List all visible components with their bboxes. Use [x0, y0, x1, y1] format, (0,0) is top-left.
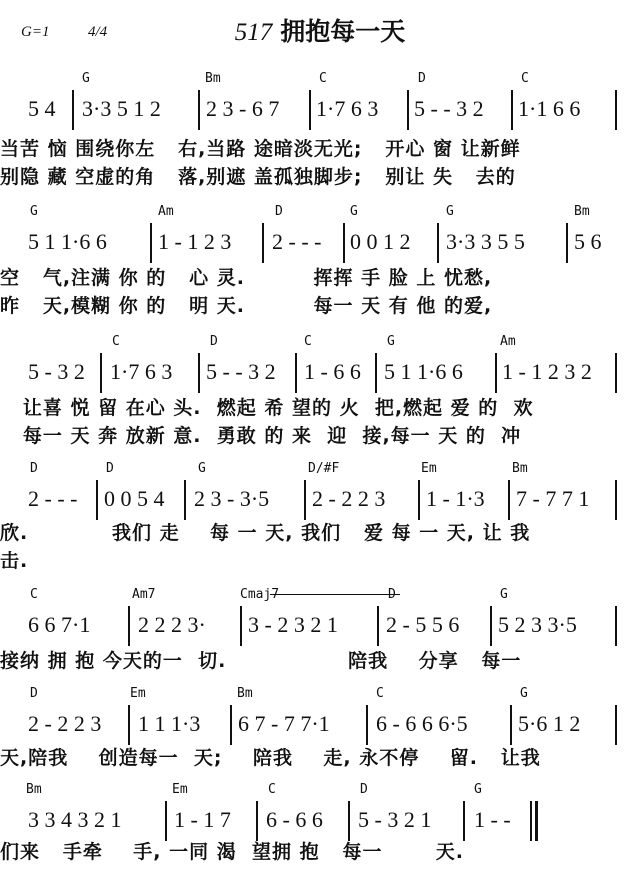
barline	[437, 223, 439, 263]
chord: Em	[421, 462, 437, 476]
measure: 0 0 5 4	[104, 482, 165, 516]
measure: 1 1 1·3	[138, 707, 200, 741]
barline	[463, 801, 465, 841]
chord: Bm	[205, 72, 221, 86]
barline	[615, 90, 617, 130]
barline	[377, 606, 379, 646]
notes-row: 2 - - - 0 0 5 4 2 3 - 3·5 2 - 2 2 3 1 - …	[0, 482, 640, 516]
measure: 1·1 6 6	[518, 92, 580, 126]
lyric-verse-1: 让喜 悦 留 在心 头. 燃起 希 望的 火 把,燃起 爱 的 欢	[0, 393, 534, 420]
lyric-verse-1: 们来 手牵 手, 一同 渴 望拥 抱 每一 天.	[0, 837, 464, 864]
barline	[72, 90, 74, 130]
system-6: D Em Bm C G 2 - 2 2 3 1 1 1·3 6 7 - 7 7·…	[0, 687, 640, 767]
measure: 1·7 6 3	[316, 92, 378, 126]
lyric-verse-2: 每一 天 奔 放新 意. 勇敢 的 来 迎 接,每一 天 的 冲	[0, 421, 521, 448]
measure: 5 4	[28, 92, 56, 126]
measure: 1·7 6 3	[110, 355, 172, 389]
system-2: G Am D G G Bm 5 1 1·6 6 1 - 1 2 3 2 - - …	[0, 205, 640, 315]
measure: 2 3 - 3·5	[194, 482, 269, 516]
chord: G	[500, 588, 508, 602]
barline	[615, 480, 617, 520]
barline	[150, 223, 152, 263]
chord: C	[376, 687, 384, 701]
chord: G	[350, 205, 358, 219]
song-title: 517拥抱每一天	[0, 12, 640, 48]
chord: Bm	[237, 687, 253, 701]
chord: G	[82, 72, 90, 86]
measure: 5 1 1·6 6	[384, 355, 463, 389]
measure: 2 3 - 6 7	[206, 92, 279, 126]
measure: 6 6 7·1	[28, 608, 90, 642]
barline	[615, 606, 617, 646]
sheet-header: G=1 4/4 517拥抱每一天	[0, 0, 640, 50]
barline	[490, 606, 492, 646]
chord: C	[521, 72, 529, 86]
measure: 5 2 3 3·5	[498, 608, 577, 642]
chord: Am	[500, 335, 516, 349]
measure: 2 - - -	[28, 482, 77, 516]
measure: 6 - 6 6 6·5	[376, 707, 468, 741]
chord: Bm	[26, 783, 42, 797]
measure: 7 - 7 7 1	[516, 482, 589, 516]
chord: D	[388, 588, 396, 602]
barline	[508, 480, 510, 520]
barline	[343, 223, 345, 263]
chord: D	[210, 335, 218, 349]
notes-row: 3 3 4 3 2 1 1 - 1 7 6 - 6 6 5 - 3 2 1 1 …	[0, 803, 640, 837]
system-5: C Am7 Cmaj7 D G 6 6 7·1 2 2 2 3· 3 - 2 3…	[0, 588, 640, 668]
lyric-verse-2: 击.	[0, 546, 28, 573]
barline	[230, 705, 232, 745]
barline	[510, 705, 512, 745]
chord: Bm	[574, 205, 590, 219]
measure: 3 - 2 3 2 1	[248, 608, 338, 642]
measure: 3 3 4 3 2 1	[28, 803, 122, 837]
chord: C	[319, 72, 327, 86]
measure: 5 - - 3 2	[206, 355, 276, 389]
system-4: D D G D/#F Em Bm 2 - - - 0 0 5 4 2 3 - 3…	[0, 462, 640, 572]
barline	[128, 705, 130, 745]
lyric-verse-1: 欣. 我们 走 每 一 天, 我们 爱 每 一 天, 让 我	[0, 518, 530, 545]
measure: 5 6	[574, 225, 602, 259]
barline	[240, 606, 242, 646]
chord: D	[418, 72, 426, 86]
chord: Em	[172, 783, 188, 797]
barline	[295, 353, 297, 393]
measure: 1 - -	[474, 803, 511, 837]
measure: 5·6 1 2	[518, 707, 580, 741]
final-barline	[530, 801, 538, 841]
barline	[348, 801, 350, 841]
measure: 2 - 2 2 3	[28, 707, 101, 741]
chord: G	[387, 335, 395, 349]
barline	[495, 353, 497, 393]
tie-line	[270, 594, 400, 595]
measure: 2 - 2 2 3	[312, 482, 385, 516]
lyric-verse-2: 别隐 藏 空虚的角 落,别遮 盖孤独脚步; 别让 失 去的	[0, 162, 516, 189]
measure: 6 - 6 6	[266, 803, 323, 837]
barline	[407, 90, 409, 130]
chord: Am	[158, 205, 174, 219]
measure: 5 1 1·6 6	[28, 225, 107, 259]
chord: D	[275, 205, 283, 219]
measure: 0 0 1 2	[350, 225, 411, 259]
chord: D	[106, 462, 114, 476]
notes-row: 2 - 2 2 3 1 1 1·3 6 7 - 7 7·1 6 - 6 6 6·…	[0, 707, 640, 741]
barline	[615, 353, 617, 393]
barline	[256, 801, 258, 841]
barline	[511, 90, 513, 130]
measure: 2 - 5 5 6	[386, 608, 459, 642]
chord: G	[520, 687, 528, 701]
measure: 3·3 5 1 2	[82, 92, 161, 126]
chord: C	[268, 783, 276, 797]
measure: 1 - 1·3	[426, 482, 485, 516]
chord: D	[30, 687, 38, 701]
chord: C	[112, 335, 120, 349]
song-title-text: 拥抱每一天	[280, 17, 405, 46]
barline	[615, 705, 617, 745]
lyric-verse-2: 昨 天,模糊 你 的 明 天. 每一 天 有 他 的爱,	[0, 291, 492, 318]
system-3: C D C G Am 5 - 3 2 1·7 6 3 5 - - 3 2 1 -…	[0, 335, 640, 445]
barline	[128, 606, 130, 646]
measure: 5 - 3 2 1	[358, 803, 431, 837]
barline	[304, 480, 306, 520]
barline	[366, 705, 368, 745]
measure: 5 - - 3 2	[414, 92, 484, 126]
chord: Bm	[512, 462, 528, 476]
chord: D	[30, 462, 38, 476]
chord: Em	[130, 687, 146, 701]
measure: 3·3 3 5 5	[446, 225, 525, 259]
lyric-verse-1: 天,陪我 创造每一 天; 陪我 走, 永不停 留. 让我	[0, 743, 541, 770]
chord: G	[198, 462, 206, 476]
chord: G	[30, 205, 38, 219]
measure: 1 - 6 6	[304, 355, 361, 389]
barline	[198, 90, 200, 130]
chord: Cmaj7	[240, 588, 279, 602]
measure: 1 - 1 7	[174, 803, 231, 837]
notes-row: 5 1 1·6 6 1 - 1 2 3 2 - - - 0 0 1 2 3·3 …	[0, 225, 640, 259]
barline	[100, 353, 102, 393]
chord: C	[304, 335, 312, 349]
chord: D/#F	[308, 462, 339, 476]
barline	[165, 801, 167, 841]
notes-row: 6 6 7·1 2 2 2 3· 3 - 2 3 2 1 2 - 5 5 6 5…	[0, 608, 640, 642]
system-7: Bm Em C D G 3 3 4 3 2 1 1 - 1 7 6 - 6 6 …	[0, 783, 640, 868]
song-number: 517	[235, 19, 273, 46]
lyric-verse-1: 接纳 拥 抱 今天的一 切. 陪我 分享 每一	[0, 646, 521, 673]
measure: 2 - - -	[272, 225, 321, 259]
lyric-verse-1: 空 气,注满 你 的 心 灵. 挥挥 手 脸 上 忧愁,	[0, 263, 492, 290]
chord: G	[446, 205, 454, 219]
lyric-verse-1: 当苦 恼 围绕你左 右,当路 途暗淡无光; 开心 窗 让新鲜	[0, 134, 521, 161]
barline	[375, 353, 377, 393]
barline	[96, 480, 98, 520]
barline	[184, 480, 186, 520]
notes-row: 5 4 3·3 5 1 2 2 3 - 6 7 1·7 6 3 5 - - 3 …	[0, 92, 640, 126]
barline	[566, 223, 568, 263]
system-1: G Bm C D C 5 4 3·3 5 1 2 2 3 - 6 7 1·7 6…	[0, 72, 640, 192]
measure: 1 - 1 2 3	[158, 225, 231, 259]
barline	[309, 90, 311, 130]
chord: Am7	[132, 588, 155, 602]
chord: G	[474, 783, 482, 797]
chord: D	[360, 783, 368, 797]
barline	[198, 353, 200, 393]
measure: 5 - 3 2	[28, 355, 85, 389]
barline	[262, 223, 264, 263]
measure: 1 - 1 2 3 2	[502, 355, 592, 389]
chord: C	[30, 588, 38, 602]
measure: 6 7 - 7 7·1	[238, 707, 330, 741]
notes-row: 5 - 3 2 1·7 6 3 5 - - 3 2 1 - 6 6 5 1 1·…	[0, 355, 640, 389]
measure: 2 2 2 3·	[138, 608, 206, 642]
barline	[418, 480, 420, 520]
